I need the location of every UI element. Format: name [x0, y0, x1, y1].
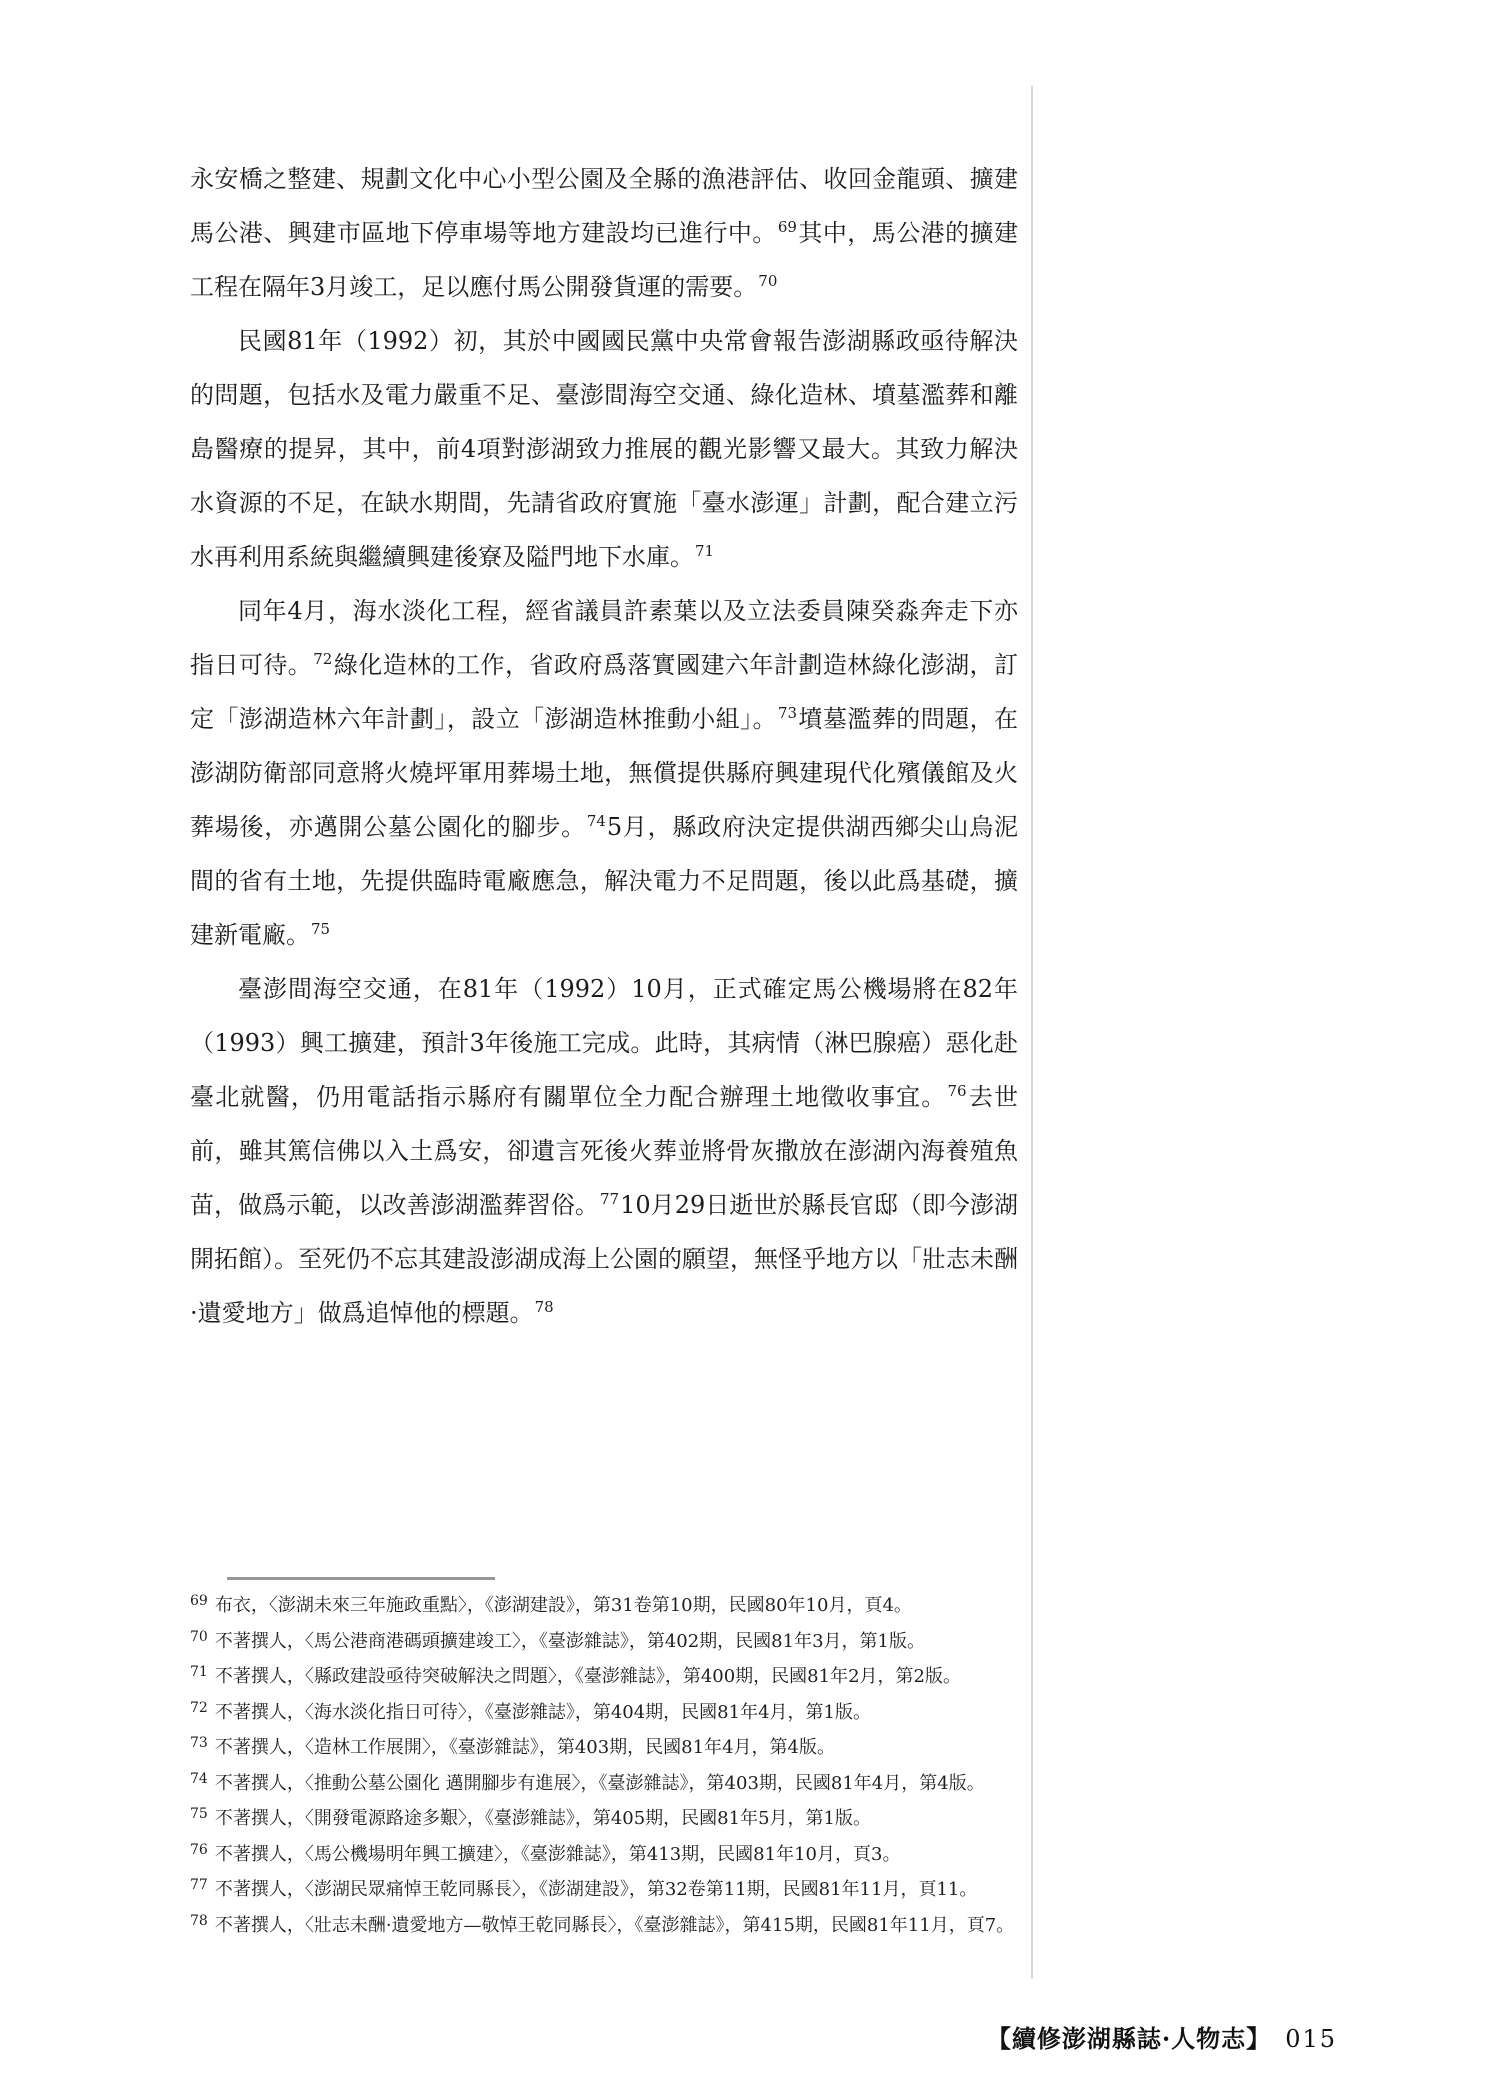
footnote-text: 不著撰人，〈縣政建設亟待突破解決之問題〉，《臺澎雜誌》，第400期，民國81年2…: [215, 1666, 961, 1687]
footnote-text: 不著撰人，〈馬公港商港碼頭擴建竣工〉，《臺澎雜誌》，第402期，民國81年3月，…: [215, 1631, 925, 1652]
footnote-number: 71: [190, 1664, 208, 1680]
footnote: 70不著撰人，〈馬公港商港碼頭擴建竣工〉，《臺澎雜誌》，第402期，民國81年3…: [190, 1624, 1070, 1660]
footnote-text: 布衣，〈澎湖未來三年施政重點〉，《澎湖建設》，第31卷第10期，民國80年10月…: [215, 1595, 912, 1616]
paragraph: 臺澎間海空交通，在81年（1992）10月，正式確定馬公機場將在82年（1993…: [190, 962, 1018, 1340]
paragraph: 同年4月，海水淡化工程，經省議員許素葉以及立法委員陳癸淼奔走下亦指日可待。72綠…: [190, 584, 1018, 962]
footnote-text: 不著撰人，〈海水淡化指日可待〉，《臺澎雜誌》，第404期，民國81年4月，第1版…: [215, 1702, 871, 1723]
paragraph: 民國81年（1992）初，其於中國國民黨中央常會報告澎湖縣政亟待解決的問題，包括…: [190, 314, 1018, 584]
footnote-text: 不著撰人，〈造林工作展開〉，《臺澎雜誌》，第403期，民國81年4月，第4版。: [215, 1737, 835, 1758]
footnote-text: 不著撰人，〈壯志未酬·遺愛地方—敬悼王乾同縣長〉，《臺澎雜誌》，第415期，民國…: [215, 1915, 1014, 1936]
page-footer: 【續修澎湖縣誌·人物志】015: [987, 2019, 1337, 2054]
footnote: 74不著撰人，〈推動公墓公園化 邁開腳步有進展〉，《臺澎雜誌》，第403期，民國…: [190, 1766, 1070, 1802]
footnote: 75不著撰人，〈開發電源路途多艱〉，《臺澎雜誌》，第405期，民國81年5月，第…: [190, 1801, 1070, 1837]
footnotes-list: 69布衣，〈澎湖未來三年施政重點〉，《澎湖建設》，第31卷第10期，民國80年1…: [190, 1588, 1070, 1943]
footnote: 72不著撰人，〈海水淡化指日可待〉，《臺澎雜誌》，第404期，民國81年4月，第…: [190, 1695, 1070, 1731]
footnote-number: 76: [190, 1842, 208, 1858]
footnote-divider: [227, 1577, 495, 1580]
footnote-ref: 70: [758, 272, 777, 290]
page-number: 015: [1285, 2025, 1337, 2053]
footnote-text: 不著撰人，〈澎湖民眾痛悼王乾同縣長〉，《澎湖建設》，第32卷第11期，民國81年…: [215, 1879, 978, 1900]
footnote-ref: 72: [313, 650, 332, 668]
footnote-number: 77: [190, 1877, 208, 1893]
footnote-number: 72: [190, 1700, 208, 1716]
footnote-ref: 78: [535, 1298, 554, 1316]
footnote: 73不著撰人，〈造林工作展開〉，《臺澎雜誌》，第403期，民國81年4月，第4版…: [190, 1730, 1070, 1766]
body-text: 永安橋之整建、規劃文化中心小型公園及全縣的漁港評估、收回金龍頭、擴建馬公港、興建…: [190, 152, 1018, 1340]
footnote-text: 不著撰人，〈推動公墓公園化 邁開腳步有進展〉，《臺澎雜誌》，第403期，民國81…: [215, 1773, 985, 1794]
footnote-number: 78: [190, 1913, 208, 1929]
footnote: 69布衣，〈澎湖未來三年施政重點〉，《澎湖建設》，第31卷第10期，民國80年1…: [190, 1588, 1070, 1624]
footnote-ref: 71: [695, 542, 714, 560]
footnote-number: 70: [190, 1629, 208, 1645]
book-page: 永安橋之整建、規劃文化中心小型公園及全縣的漁港評估、收回金龍頭、擴建馬公港、興建…: [0, 0, 1500, 2095]
footnote-ref: 73: [778, 704, 797, 722]
footnote-number: 74: [190, 1771, 208, 1787]
paragraph: 永安橋之整建、規劃文化中心小型公園及全縣的漁港評估、收回金龍頭、擴建馬公港、興建…: [190, 152, 1018, 314]
book-title: 【續修澎湖縣誌·人物志】: [987, 2024, 1271, 2053]
footnote-ref: 74: [587, 812, 606, 830]
footnote: 77不著撰人，〈澎湖民眾痛悼王乾同縣長〉，《澎湖建設》，第32卷第11期，民國8…: [190, 1872, 1070, 1908]
footnote-ref: 76: [947, 1082, 966, 1100]
footnote: 76不著撰人，〈馬公機場明年興工擴建〉，《臺澎雜誌》，第413期，民國81年10…: [190, 1837, 1070, 1873]
footnote: 78不著撰人，〈壯志未酬·遺愛地方—敬悼王乾同縣長〉，《臺澎雜誌》，第415期，…: [190, 1908, 1070, 1944]
footnote-ref: 75: [311, 920, 330, 938]
footnote: 71不著撰人，〈縣政建設亟待突破解決之問題〉，《臺澎雜誌》，第400期，民國81…: [190, 1659, 1070, 1695]
footnote-ref: 77: [600, 1190, 619, 1208]
footnote-text: 不著撰人，〈馬公機場明年興工擴建〉，《臺澎雜誌》，第413期，民國81年10月，…: [215, 1844, 901, 1865]
footnote-text: 不著撰人，〈開發電源路途多艱〉，《臺澎雜誌》，第405期，民國81年5月，第1版…: [215, 1808, 871, 1829]
footnote-number: 73: [190, 1735, 208, 1751]
footnote-number: 69: [190, 1593, 208, 1609]
footnote-ref: 69: [778, 218, 797, 236]
footnote-number: 75: [190, 1806, 208, 1822]
